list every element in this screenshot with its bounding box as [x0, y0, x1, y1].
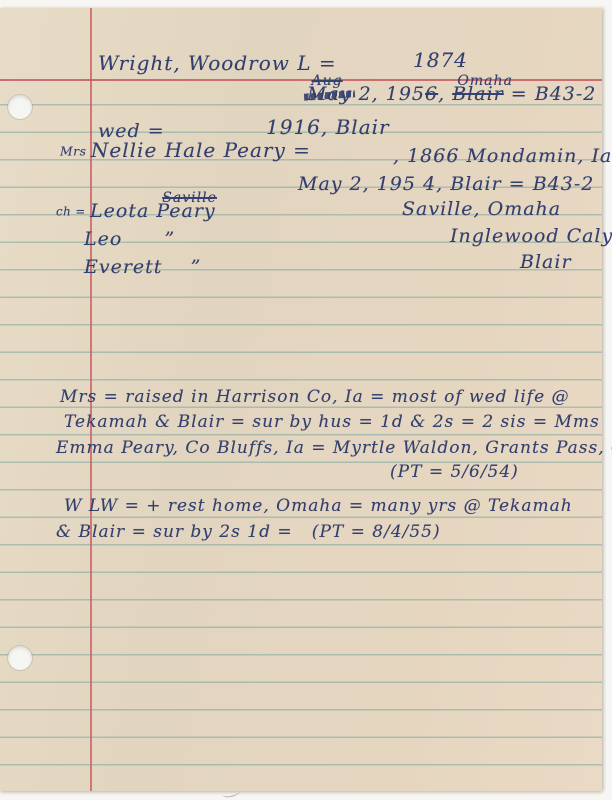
death-line-text: , — [438, 83, 452, 105]
obit-husband-line-2-text: & Blair = sur by 2s 1d = (PT = 8/4/55) — [56, 522, 441, 542]
death-line-inserted-word: Omaha — [457, 74, 513, 89]
hole-punch-top — [8, 95, 32, 119]
wed-value-text: 1916, Blair — [266, 115, 390, 139]
obit-husband-line-1-text: W LW = + rest home, Omaha = many yrs @ T… — [64, 496, 573, 516]
child-leo-text: Leo ” — [84, 228, 175, 250]
obit-wife-line-1-text: Mrs = raised in Harrison Co, Ia = most o… — [60, 387, 570, 407]
wife-residence-2-text: Inglewood Caly — [450, 225, 612, 247]
obit-wife-line-1: Mrs = raised in Harrison Co, Ia = most o… — [60, 388, 570, 407]
obit-husband-line-2: & Blair = sur by 2s 1d = (PT = 8/4/55) — [56, 523, 441, 542]
obit-wife-line-3-text: Emma Peary, Co Bluffs, Ia = Myrtle Waldo… — [56, 438, 612, 458]
death-line-original-word: May — [307, 84, 352, 105]
death-line-text: 2, 195 — [352, 83, 425, 105]
wed-value: 1916, Blair — [266, 116, 390, 138]
obit-wife-citation: (PT = 5/6/54) — [390, 463, 519, 482]
wife-birth-text: , 1866 Mondamin, Ia — [393, 145, 612, 167]
wife-residence-3-text: Blair — [520, 251, 572, 273]
scanned-page: Wright, Woodrow L =1874AugMay 2, 1956, O… — [0, 0, 612, 800]
next-page-pencil-mark — [221, 787, 240, 798]
obit-wife-line-2: Tekamah & Blair = sur by hus = 1d & 2s =… — [64, 413, 600, 432]
children-first-line: ch = Leota SavillePeary — [56, 201, 216, 222]
birth-year-text: 1874 — [413, 48, 468, 72]
hole-punch-bottom — [8, 646, 32, 670]
wife-death-text: May 2, 195 4, Blair = B43-2 — [298, 173, 594, 195]
child-everett-text: Everett ” — [84, 256, 201, 278]
obit-wife-line-2-text: Tekamah & Blair = sur by hus = 1d & 2s =… — [64, 412, 600, 432]
wife-name-line: Mrs Nellie Hale Peary = — [60, 139, 311, 161]
wife-residence-1: Saville, Omaha — [402, 199, 561, 220]
death-line-correction: OmahaBlair — [452, 84, 504, 105]
death-line-text: 6 — [425, 83, 438, 105]
death-line-text: = B43-2 — [504, 83, 597, 105]
child-everett: Everett ” — [84, 257, 201, 278]
children-first-line-text: Leota — [90, 200, 156, 222]
obit-wife-line-3: Emma Peary, Co Bluffs, Ia = Myrtle Waldo… — [56, 439, 612, 458]
wife-name-line-text: Mrs — [60, 143, 91, 158]
wife-death: May 2, 195 4, Blair = B43-2 — [298, 174, 594, 195]
children-first-line-correction: SavillePeary — [156, 201, 215, 222]
children-first-line-inserted-word: Saville — [162, 191, 217, 206]
wife-residence-3: Blair — [520, 252, 572, 273]
surname-line: Wright, Woodrow L = — [98, 52, 337, 74]
death-line-correction: AugMay — [307, 84, 352, 105]
wife-name-line-text: Nellie Hale Peary = — [91, 138, 311, 162]
surname-line-text: Wright, Woodrow L = — [98, 51, 337, 75]
obit-wife-citation-text: (PT = 5/6/54) — [390, 462, 519, 482]
death-line: AugMay 2, 1956, OmahaBlair = B43-2 — [307, 84, 596, 105]
wife-residence-2: Inglewood Caly — [450, 226, 612, 247]
wife-birth: , 1866 Mondamin, Ia — [393, 146, 612, 167]
children-first-line-text: ch = — [56, 204, 90, 218]
child-leo: Leo ” — [84, 229, 175, 250]
obit-husband-line-1: W LW = + rest home, Omaha = many yrs @ T… — [64, 497, 573, 516]
birth-year: 1874 — [413, 49, 468, 71]
wife-residence-1-text: Saville, Omaha — [402, 198, 561, 220]
